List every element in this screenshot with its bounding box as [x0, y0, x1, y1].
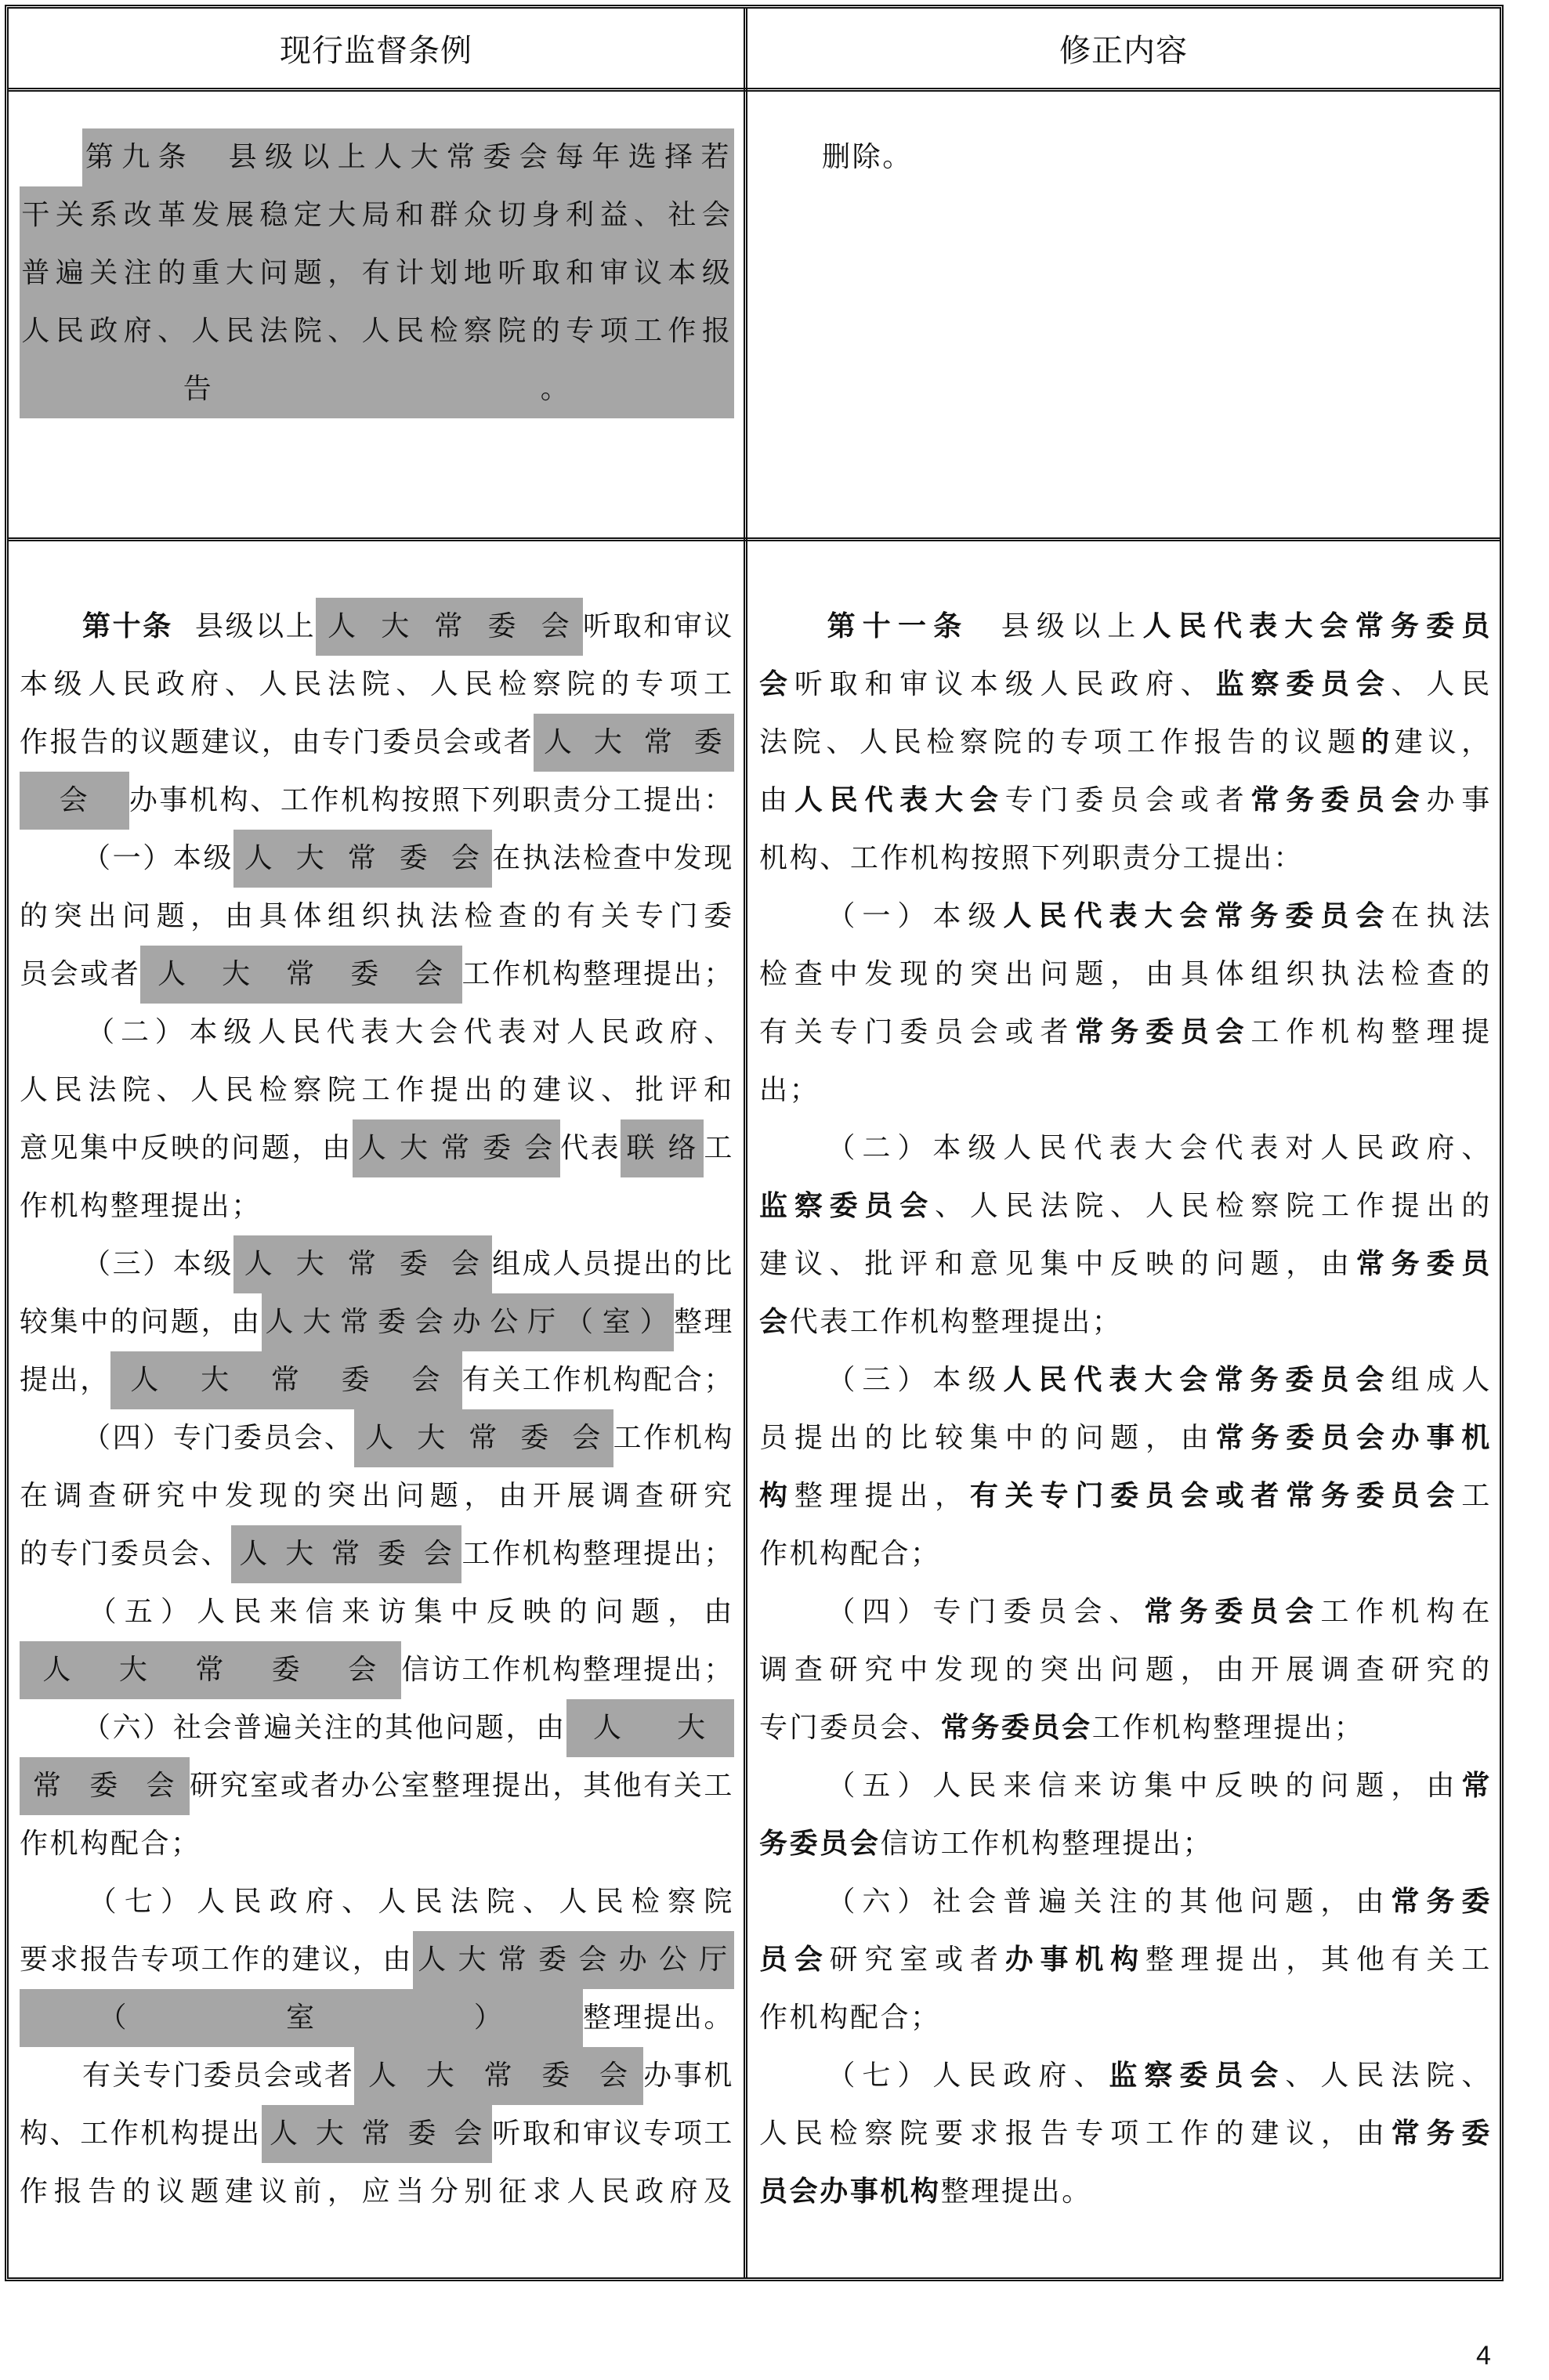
text-line: 由人民代表大会专门委员会或者常务委员会办事	[759, 772, 1492, 830]
char: 的	[201, 1119, 232, 1177]
char: 关	[294, 1699, 324, 1757]
amended-char: 构	[910, 2163, 941, 2221]
char: 问	[1216, 1235, 1247, 1293]
char: 、	[523, 1873, 553, 1931]
char: 理	[613, 1989, 644, 2047]
amended-char: 事	[1426, 1409, 1457, 1467]
highlighted-char: （	[561, 1293, 599, 1351]
char: 的	[20, 888, 50, 946]
char: 集	[1041, 1235, 1071, 1293]
column-divider	[744, 9, 747, 2277]
char: 职	[523, 772, 553, 830]
amended-char: 构	[1110, 1931, 1141, 1989]
char: 报	[50, 714, 81, 772]
char: 人	[932, 2047, 963, 2105]
amended-char: 会	[1355, 1351, 1386, 1409]
highlighted-char: 人	[360, 302, 393, 360]
text-line: （室）整理提出。	[20, 1989, 734, 2047]
highlighted-char: 上	[335, 128, 371, 186]
highlighted-char: 划	[428, 244, 461, 302]
char: ；	[704, 1641, 734, 1699]
char: 意	[970, 1235, 1001, 1293]
char: 究	[1426, 1641, 1457, 1699]
text-line: （三）本级人大常委会组成人员提出的比	[20, 1235, 734, 1293]
highlighted-char: 身	[530, 186, 563, 244]
char: 由	[1355, 1873, 1386, 1931]
highlighted-char: 大	[96, 1641, 172, 1699]
char: 映	[171, 1119, 201, 1177]
char: 理	[971, 2163, 1001, 2221]
char: 题	[1285, 1873, 1316, 1931]
highlighted-char: 年	[589, 128, 625, 186]
char: 提	[643, 772, 674, 830]
char: 查	[1356, 1641, 1387, 1699]
char: 来	[342, 1583, 372, 1641]
char: 机	[674, 1409, 704, 1467]
header-current-regulation: 现行监督条例	[9, 9, 744, 88]
highlighted-char: 常	[443, 128, 480, 186]
amended-char: 委	[830, 1177, 860, 1235]
char: 报	[1005, 2105, 1036, 2163]
char: 出	[674, 1525, 704, 1583]
char: 理	[613, 1525, 644, 1583]
text-line: 有关专门委员会或者常务委员会工作机构整理提	[759, 1004, 1492, 1062]
char: 、	[396, 656, 426, 714]
indent	[759, 2047, 822, 2105]
highlighted-char: 委	[333, 946, 397, 1004]
char: （	[86, 1004, 117, 1062]
char: 组	[1391, 1351, 1421, 1409]
amended-char: 务	[759, 1815, 790, 1873]
highlighted-char: 告	[20, 360, 377, 418]
amended-char: 人	[1143, 598, 1174, 656]
char: 会	[880, 1699, 910, 1757]
char: 人	[1003, 1119, 1033, 1177]
char: 信	[306, 1583, 336, 1641]
text-line: 构、工作机构提出人大常委会听取和审议专项工	[20, 2105, 734, 2163]
char: 配	[850, 1989, 881, 2047]
char: 出	[759, 1062, 790, 1119]
char: 构	[371, 772, 402, 830]
highlighted-char: 定	[291, 186, 325, 244]
char: 建	[533, 1062, 563, 1119]
char: 提	[1392, 1177, 1422, 1235]
char: 作	[971, 1815, 1001, 1873]
char: 中	[1075, 1235, 1106, 1293]
char: 来	[270, 1583, 300, 1641]
char: 的	[1181, 1235, 1211, 1293]
indent	[20, 598, 82, 656]
amended-char: 办	[820, 2163, 850, 2221]
amended-char: 代	[1073, 1351, 1104, 1409]
highlighted-char: 、	[156, 302, 190, 360]
char: 映	[1250, 1757, 1280, 1815]
char: 民	[122, 656, 153, 714]
char: 提	[1461, 1004, 1492, 1062]
amended-char: 或	[1216, 1467, 1247, 1525]
char: 人	[20, 1062, 50, 1119]
amended-char: 有	[970, 1467, 1001, 1525]
highlighted-char: 革	[156, 186, 190, 244]
char: 或	[935, 1931, 965, 1989]
char: 或	[473, 714, 504, 772]
char: 院	[122, 1062, 153, 1119]
char: 委	[820, 1699, 850, 1757]
char: 要	[935, 2105, 965, 2163]
char: 建	[1395, 714, 1425, 772]
highlighted-char: 会	[392, 1351, 462, 1409]
char: 集	[970, 1409, 1001, 1467]
char: 七	[125, 1873, 155, 1931]
char: 法	[759, 714, 790, 772]
indent	[20, 1699, 82, 1757]
char: 工	[1461, 1467, 1492, 1525]
highlighted-char: 委	[400, 2105, 446, 2163]
amended-char: 条	[143, 598, 173, 656]
char: ；	[790, 1062, 820, 1119]
char: 他	[613, 1757, 644, 1815]
char: 构	[790, 830, 820, 888]
char: 公	[371, 1757, 402, 1815]
char: 或	[1181, 772, 1211, 830]
char: 、	[250, 772, 280, 830]
char: ，	[1321, 2105, 1352, 2163]
char: 委	[704, 888, 734, 946]
char: 院	[704, 1873, 734, 1931]
char: 者	[504, 714, 534, 772]
char: ；	[910, 1525, 941, 1583]
char: 作	[1181, 2105, 1211, 2163]
char: 专	[1075, 2105, 1106, 2163]
indent	[20, 1004, 82, 1062]
char: ；	[704, 946, 734, 1004]
amended-char: 民	[1038, 888, 1069, 946]
amended-char: 办	[1005, 1931, 1036, 1989]
row-divider	[9, 537, 1500, 541]
char: 察	[960, 714, 990, 772]
char: 听	[583, 598, 613, 656]
amended-char: 员	[1214, 2047, 1245, 2105]
char: 突	[1041, 1641, 1071, 1699]
document-page: 现行监督条例 修正内容 第九条 县级以上人大常委会每年选择若干关系改革发展稳定大…	[0, 0, 1549, 2380]
char: 照	[432, 772, 462, 830]
text-line: （六）社会普遍关注的其他问题，由人大	[20, 1699, 734, 1757]
highlighted-char: 大	[308, 2105, 354, 2163]
char: 上	[1107, 598, 1138, 656]
amended-char: 常	[1214, 888, 1245, 946]
char: 在	[20, 1467, 50, 1525]
amended-char: 员	[1145, 1467, 1176, 1525]
char: 门	[353, 714, 383, 772]
highlighted-char: 人	[233, 830, 285, 888]
char: ，	[201, 1293, 232, 1351]
highlighted-char: 察	[461, 302, 495, 360]
char: 工	[1250, 1004, 1281, 1062]
char: 检	[830, 2105, 860, 2163]
char: 中	[80, 1293, 110, 1351]
char: 的	[864, 1409, 895, 1467]
text-line: 作报告的议题建议前，应当分别征求人民政府及	[20, 2163, 734, 2221]
char: 发	[225, 1467, 255, 1525]
char: 整	[1392, 1004, 1422, 1062]
highlighted-char: 常	[423, 598, 476, 656]
highlighted-char: 专	[564, 302, 598, 360]
char: 出	[1031, 2163, 1062, 2221]
char: 专	[635, 888, 666, 946]
char: 人	[1461, 1351, 1492, 1409]
char: 删	[822, 128, 852, 186]
char: 机	[583, 1351, 613, 1409]
text-line: 的突出问题，由具体组织执法检查的有关专门委	[20, 888, 734, 946]
char: 本	[932, 1351, 963, 1409]
amended-char: 表	[1109, 888, 1139, 946]
char: 二	[121, 1004, 151, 1062]
char: 前	[293, 2163, 324, 2221]
char: ；	[171, 1815, 201, 1873]
char: （	[82, 1409, 113, 1467]
char: 批	[635, 1062, 666, 1119]
indent	[759, 1119, 822, 1177]
char: 级	[203, 830, 233, 888]
char: ，	[1110, 946, 1141, 1004]
char: 民	[595, 1873, 626, 1931]
char: 问	[122, 888, 153, 946]
char: 议	[259, 2163, 290, 2221]
char: 员	[413, 714, 443, 772]
char: 提	[1273, 1699, 1304, 1757]
char: 专	[50, 1525, 81, 1583]
highlighted-char: 和	[394, 186, 428, 244]
char: 级	[968, 1351, 998, 1409]
char: 作	[643, 1409, 674, 1467]
char: ）	[897, 1757, 928, 1815]
char: 提	[643, 1525, 674, 1583]
amended-char: 民	[830, 772, 860, 830]
indent	[20, 830, 82, 888]
highlighted-char: 大	[453, 1931, 493, 1989]
highlighted-char: 委	[528, 2047, 586, 2105]
char: 提	[171, 1177, 201, 1235]
char: 他	[1356, 1931, 1387, 1989]
char: 工	[1183, 830, 1214, 888]
char: ，	[190, 888, 221, 946]
char: 政	[635, 1004, 666, 1062]
highlighted-char: 发	[190, 186, 223, 244]
char: 会	[443, 714, 474, 772]
highlighted-char: 问	[258, 244, 291, 302]
char: 理	[1426, 1004, 1457, 1062]
char: 出	[88, 888, 118, 946]
amended-char: 常	[1075, 1004, 1106, 1062]
char: 检	[759, 946, 790, 1004]
highlighted-char: 关	[88, 244, 121, 302]
char: 意	[20, 1119, 50, 1177]
char: 构	[941, 1293, 972, 1351]
highlighted-char: 人	[262, 1293, 299, 1351]
char: 构	[1356, 1004, 1387, 1062]
char: 的	[1144, 1873, 1174, 1931]
char: （	[82, 1235, 113, 1293]
char: 检	[1216, 1177, 1247, 1235]
char: 研	[122, 1467, 153, 1525]
char: 要	[20, 1931, 50, 1989]
amended-char: 委	[1145, 1004, 1176, 1062]
char: 工	[362, 1062, 393, 1119]
char: 级	[223, 1004, 254, 1062]
highlighted-char: 委	[248, 1641, 324, 1699]
char: 专	[830, 1004, 860, 1062]
char: 专	[1005, 772, 1036, 830]
text-line: 较集中的问题，由人大常委会办公厅（室）整理	[20, 1293, 734, 1351]
amended-char: 常	[1355, 598, 1386, 656]
char: 查	[1426, 946, 1457, 1004]
char: 审	[674, 598, 704, 656]
char: 作	[20, 2163, 50, 2221]
highlighted-char: 的	[530, 302, 563, 360]
char: 构	[613, 1351, 644, 1409]
char: 出	[1243, 830, 1274, 888]
char: 、	[820, 830, 850, 888]
char: 构	[171, 2105, 201, 2163]
char: 工	[850, 1293, 881, 1351]
highlighted-char: ）	[636, 1293, 674, 1351]
char: 会	[429, 1004, 460, 1062]
char: ）	[143, 830, 173, 888]
amended-char: 常	[1391, 1873, 1421, 1931]
char: 题	[476, 1699, 506, 1757]
char: 查	[794, 1641, 825, 1699]
char: 关	[492, 1351, 523, 1409]
highlighted-char: 常	[337, 1293, 375, 1351]
highlighted-char: 室	[208, 1989, 396, 2047]
char: 民	[54, 1062, 85, 1119]
char: 出	[674, 772, 704, 830]
text-line: 要求报告专项工作的建议，由人大常委会办公厅	[20, 1931, 734, 1989]
char: 大	[395, 1004, 425, 1062]
char: 工	[941, 1815, 972, 1873]
indent	[20, 1235, 82, 1293]
highlighted-char: 常	[20, 1757, 76, 1815]
char: 的	[122, 2163, 153, 2221]
char: 提	[613, 1235, 644, 1293]
char: 、	[201, 1525, 232, 1583]
char: 专	[635, 656, 666, 714]
char: 问	[1110, 1641, 1141, 1699]
char: 成	[1426, 1351, 1457, 1409]
char: 工	[462, 946, 493, 1004]
highlighted-char: 级	[700, 244, 733, 302]
char: 室	[401, 1757, 432, 1815]
char: 有	[462, 1351, 493, 1409]
highlighted-char: 常	[436, 1119, 477, 1177]
char: 民	[794, 2105, 825, 2163]
highlighted-char: 大	[394, 1119, 436, 1177]
char: 告	[1041, 2105, 1071, 2163]
char: 代	[1214, 1119, 1245, 1177]
page-number: 4	[1476, 2341, 1491, 2371]
char: 其	[385, 1699, 415, 1757]
char: 突	[970, 946, 1001, 1004]
char: 作	[20, 1177, 50, 1235]
char: 会	[968, 1873, 998, 1931]
char: 人	[1320, 2047, 1351, 2105]
char: 民	[1005, 1177, 1036, 1235]
char: 普	[233, 1699, 264, 1757]
header-current-label: 现行监督条例	[280, 26, 472, 71]
amended-char: 委	[1461, 2105, 1492, 2163]
char: （	[827, 1583, 857, 1641]
char: 遍	[264, 1699, 295, 1757]
char: 别	[465, 2163, 495, 2221]
char: 人	[552, 1235, 583, 1293]
char: 员	[1038, 1583, 1069, 1641]
char: 其	[1321, 1931, 1352, 1989]
highlighted-char: 法	[258, 302, 291, 360]
text-line: 会办事机构、工作机构按照下列职责分工提出：	[20, 772, 734, 830]
text-line: 专门委员会、常务委员会工作机构整理提出；	[759, 1699, 1492, 1757]
amended-char: 务	[1250, 1351, 1280, 1409]
highlighted-char: 有	[360, 244, 393, 302]
amended-char: 监	[1216, 656, 1247, 714]
amended-char: 会	[1250, 2047, 1280, 2105]
char: 会	[1179, 1119, 1210, 1177]
highlighted-char: 会	[446, 2105, 492, 2163]
char: 建	[759, 1235, 790, 1293]
highlighted-char: 厅	[694, 1931, 734, 1989]
char: 办	[129, 772, 160, 830]
highlighted-char: 条	[155, 128, 191, 186]
char: 关	[794, 1004, 825, 1062]
char: 出	[50, 1351, 81, 1409]
highlighted-char: 办	[613, 1931, 653, 1989]
char: 执	[396, 888, 426, 946]
indent	[759, 1873, 822, 1931]
char: 法	[88, 1062, 118, 1119]
text-line: 作报告的议题建议，由专门委员会或者人大常委	[20, 714, 734, 772]
char: ）	[143, 1699, 173, 1757]
char: 织	[362, 888, 393, 946]
char: 遍	[1038, 1873, 1069, 1931]
amended-char: 会	[1355, 888, 1386, 946]
char: 合	[674, 1351, 704, 1409]
highlighted-char: ）	[395, 1989, 583, 2047]
char: 机	[50, 1177, 81, 1235]
highlighted-char: 会	[700, 186, 733, 244]
char: ，	[1320, 1873, 1351, 1931]
char: 整	[583, 1641, 613, 1699]
char: ；	[910, 1989, 941, 2047]
char: 工	[461, 1641, 492, 1699]
char: 机	[523, 1525, 553, 1583]
char: 员	[233, 2047, 264, 2105]
highlighted-char: 委	[684, 714, 734, 772]
highlighted-char: 常	[634, 714, 684, 772]
char: 院	[993, 714, 1024, 772]
char: 理	[140, 1177, 171, 1235]
char: ，	[506, 1699, 537, 1757]
char: 出	[674, 1989, 704, 2047]
char: 责	[552, 772, 583, 830]
char: 究	[864, 1641, 895, 1699]
amended-char: 机	[880, 2163, 910, 2221]
char: 民	[1461, 656, 1492, 714]
char: 有	[1392, 1931, 1422, 1989]
char: 本	[932, 1119, 963, 1177]
amended-char: 委	[1426, 598, 1457, 656]
char: 由	[291, 714, 322, 772]
highlighted-char: 群	[428, 186, 461, 244]
amended-char: 员	[1181, 1004, 1211, 1062]
